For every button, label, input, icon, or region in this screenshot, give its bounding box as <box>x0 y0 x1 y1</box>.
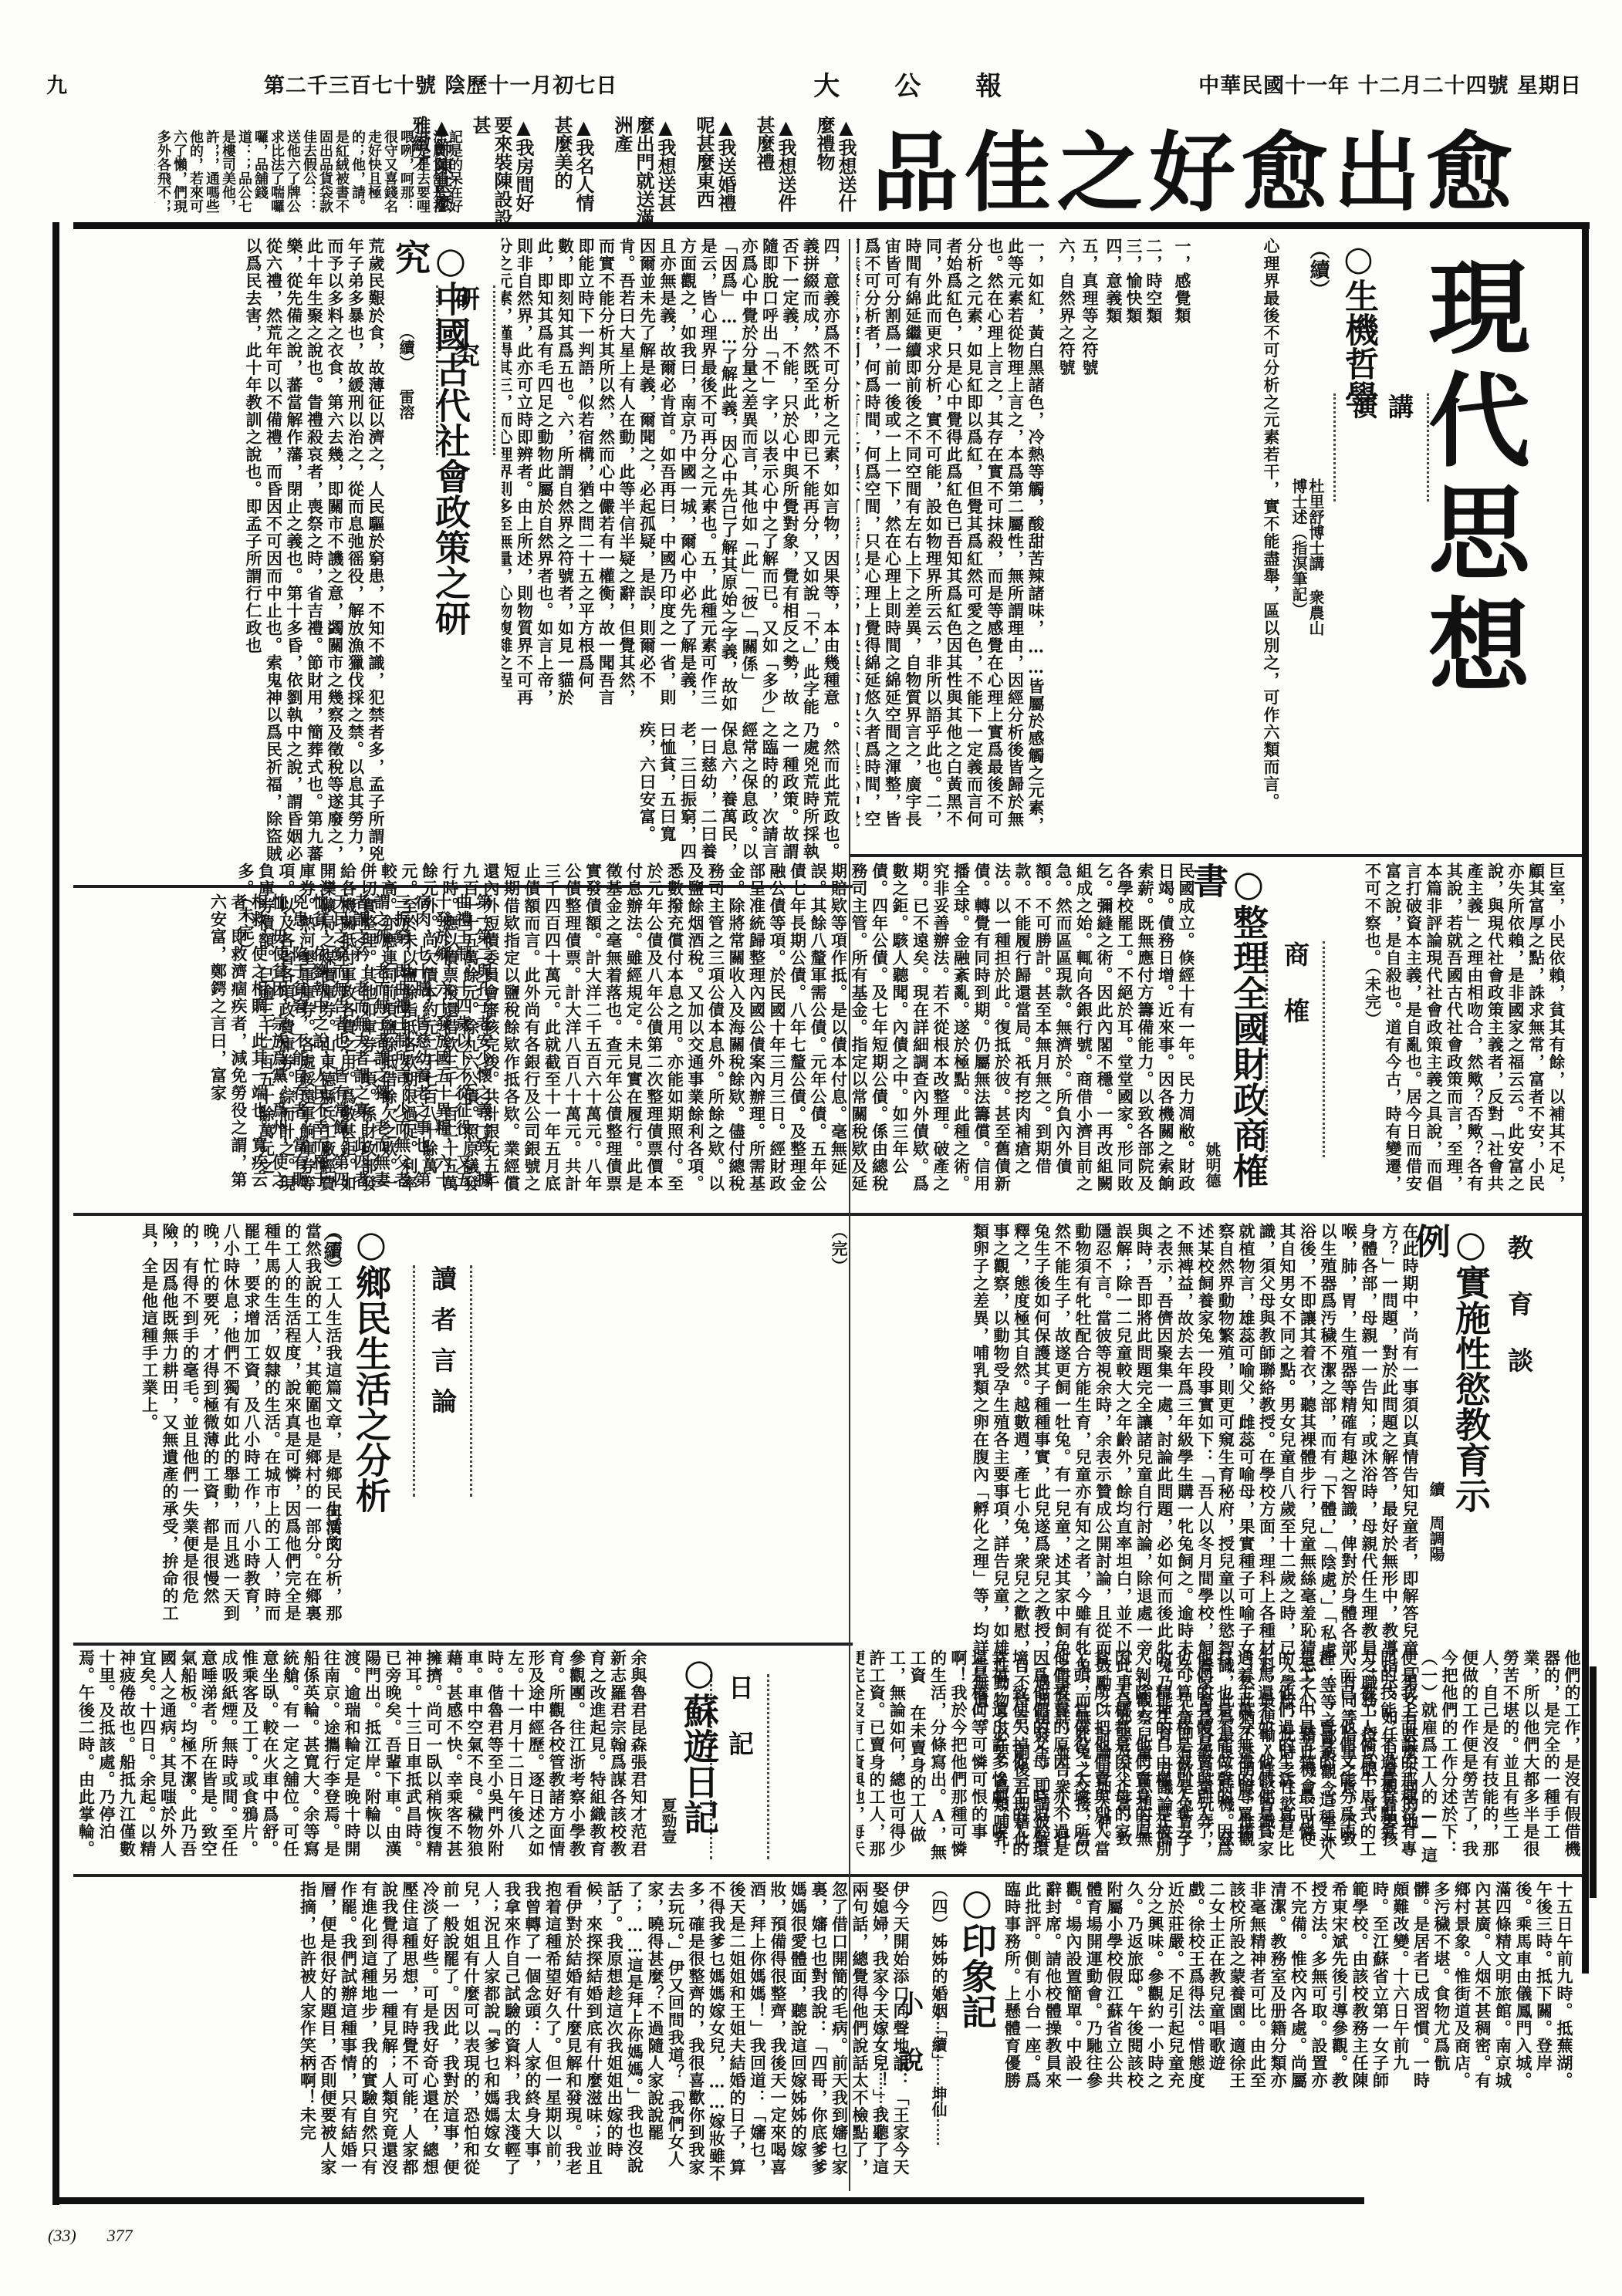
article-body: 他們的工作，是沒有假借機器的，是完全的一種手工業，所以他們大都多半是很勞苦不堪的… <box>857 1649 1582 1865</box>
article-body: 余與魯君昆森張君知才范君新志羅君宗翰爲謀各該校教育之改進起見。特組織教育參觀團。… <box>77 1649 648 1869</box>
section-label-discussion: 商榷 <box>1265 941 1325 1157</box>
masthead-date-roc: 中華民國十一年 十二月二十四號 星期日 <box>1198 69 1582 99</box>
divider <box>849 1213 1582 1216</box>
masthead: 中華民國十一年 十二月二十四號 星期日 大公報 第二千三百七十號 陰歷十一月初七… <box>46 68 1582 99</box>
section-title-modern-thought: 現代思想 <box>1412 255 1528 841</box>
headline: ○中國古代社會政策之研究 <box>427 239 471 640</box>
article-body-continuation: 十五日午前九時。抵蕪湖。午後三時。抵下關。登岸後。乘馬車由儀鳳門入城。滿四條精文… <box>1003 1881 1574 2105</box>
list-item: 五，真理等之符號 <box>1076 238 1100 423</box>
byline: 「續」 坤仙 <box>930 2021 947 2152</box>
list-item: 四，意義類 <box>1100 238 1124 376</box>
section-label-education: 教育談 <box>1501 1234 1537 1466</box>
frame-right-rule-lower <box>1590 1666 1597 1898</box>
ad-item: ▲我想送什麼禮物 <box>813 116 857 228</box>
frame-right-rule <box>1582 222 1589 1974</box>
paper-name: 大公報 <box>813 65 1002 103</box>
ad-item: ▲我房間好要來裝陳設設甚 <box>469 116 534 228</box>
article-body: （丁）工人生活我這篇文章，是鄉民生活的分析，那當然我說的工人，其範圍也是鄉村的一… <box>77 1223 343 1636</box>
divider <box>73 1874 853 1877</box>
ad-item: ▲我想送件甚麼禮 <box>753 116 796 228</box>
headline: ○整理全國財政商榷書 <box>1228 863 1269 1210</box>
article-body: 一，如紅，黃白黑諸色，冷熱等觸，酸甜苦辣諸味，……皆屬於感觸之元素，此等元素若從… <box>857 238 1046 839</box>
list-item: 一，感覺類 <box>1161 238 1192 376</box>
article-body-continuation: 巨室，小民依賴，貧其有餘，以補其不足，顧其富厚之點，誅求無常，富者不安，小民亦失… <box>1312 863 1566 1202</box>
divider <box>73 1213 853 1216</box>
list-item: 三，愉快類 <box>1120 238 1144 376</box>
article-body: 心理界最後不可分析之元素若干，實不能盡舉，區以別之，可作六類而言。 <box>1188 238 1281 839</box>
byline: 續 周調陽 <box>1428 1481 1445 1574</box>
byline: 夏勁壹 <box>660 1798 677 1875</box>
divider <box>849 1874 1582 1877</box>
ad-item: ▲我想送甚麼出門就送滿洲產 <box>611 116 676 228</box>
headline: ○蘇遊日記 <box>679 1651 719 1836</box>
article-body: 伊今天開始添口同聲地說：「王家今天娶媳婦，我家今天嫁女兒！」我聽了這兩句話，總覺… <box>77 1881 911 2190</box>
ad-dialogue-text: 記是的呆在好洋廣貨舖是裡井是是去要哩喂咧，呵那：很守又喜錢名走好快且極的；他，請… <box>154 130 463 226</box>
frame-top-rule <box>73 222 1590 229</box>
headline: ○印象記 <box>957 1881 997 2066</box>
masthead-issue: 第二千三百七十號 陰歷十一月初七日 <box>264 69 617 99</box>
ad-item: ▲我名人情甚麼美的 <box>551 116 594 228</box>
section-label-readers-opinion: 讀者言論 <box>413 1265 472 1497</box>
byline: （續） 雷溶 <box>397 324 414 463</box>
divider <box>73 1643 853 1646</box>
headline: ○鄉民生活之分析（續） <box>351 1223 391 1547</box>
article-body: 民國成立。倏經十有一年。民力凋敝。財政日竭。債務日增。近來事。因各機關之索餉索薪… <box>77 863 1196 1202</box>
headline: ○實施性慾教育示例 <box>1451 1223 1491 1531</box>
article-body: 荒歲民艱於食，故薄征以濟之，人民驅於窮患，不知不識，犯禁者多，孟子所謂兇年子弟多… <box>77 238 386 878</box>
headline: ○生機哲學（續） <box>1298 239 1378 471</box>
page-paren-number: (33) <box>48 2226 76 2246</box>
list-item: 二，時空類 <box>1140 238 1164 376</box>
sub-heading: （四）姊姊的婚姻 <box>918 1881 949 2035</box>
article-body: 四，意義亦爲不可分析之元素，如言物，因果等，本由幾種意義拼綴而成，然既至此，即已… <box>502 238 841 716</box>
ad-item: ▲我送婚禮呢甚麼東西 <box>693 116 736 228</box>
byline: 姚明德 <box>1204 1142 1221 1204</box>
page-number-top: 九 <box>46 69 68 99</box>
byline: 杜里舒博士講 衆農山博士述（指溟筆記） <box>1290 478 1324 648</box>
list-item: 六，自然界之符號 <box>1053 238 1076 423</box>
frame-left-rule <box>52 222 59 2205</box>
article-body: 。然而此荒政也。乃處兇荒時所採執之一種政策。故謂之臨時的，次請言經常之保息政。以… <box>478 721 841 876</box>
ad-banner-slogan: 愈出愈好之佳品 <box>872 116 1512 231</box>
ad-gift-list: ▲我想送什麼禮物 ▲我想送件甚麼禮 ▲我送婚禮呢甚麼東西 ▲我想送甚麼出門就送滿… <box>494 116 857 228</box>
divider <box>849 854 1582 857</box>
page-number: 377 <box>107 2226 133 2246</box>
page-footer: (33) 377 <box>48 2226 133 2246</box>
frame-bottom-rule <box>52 2197 1364 2204</box>
